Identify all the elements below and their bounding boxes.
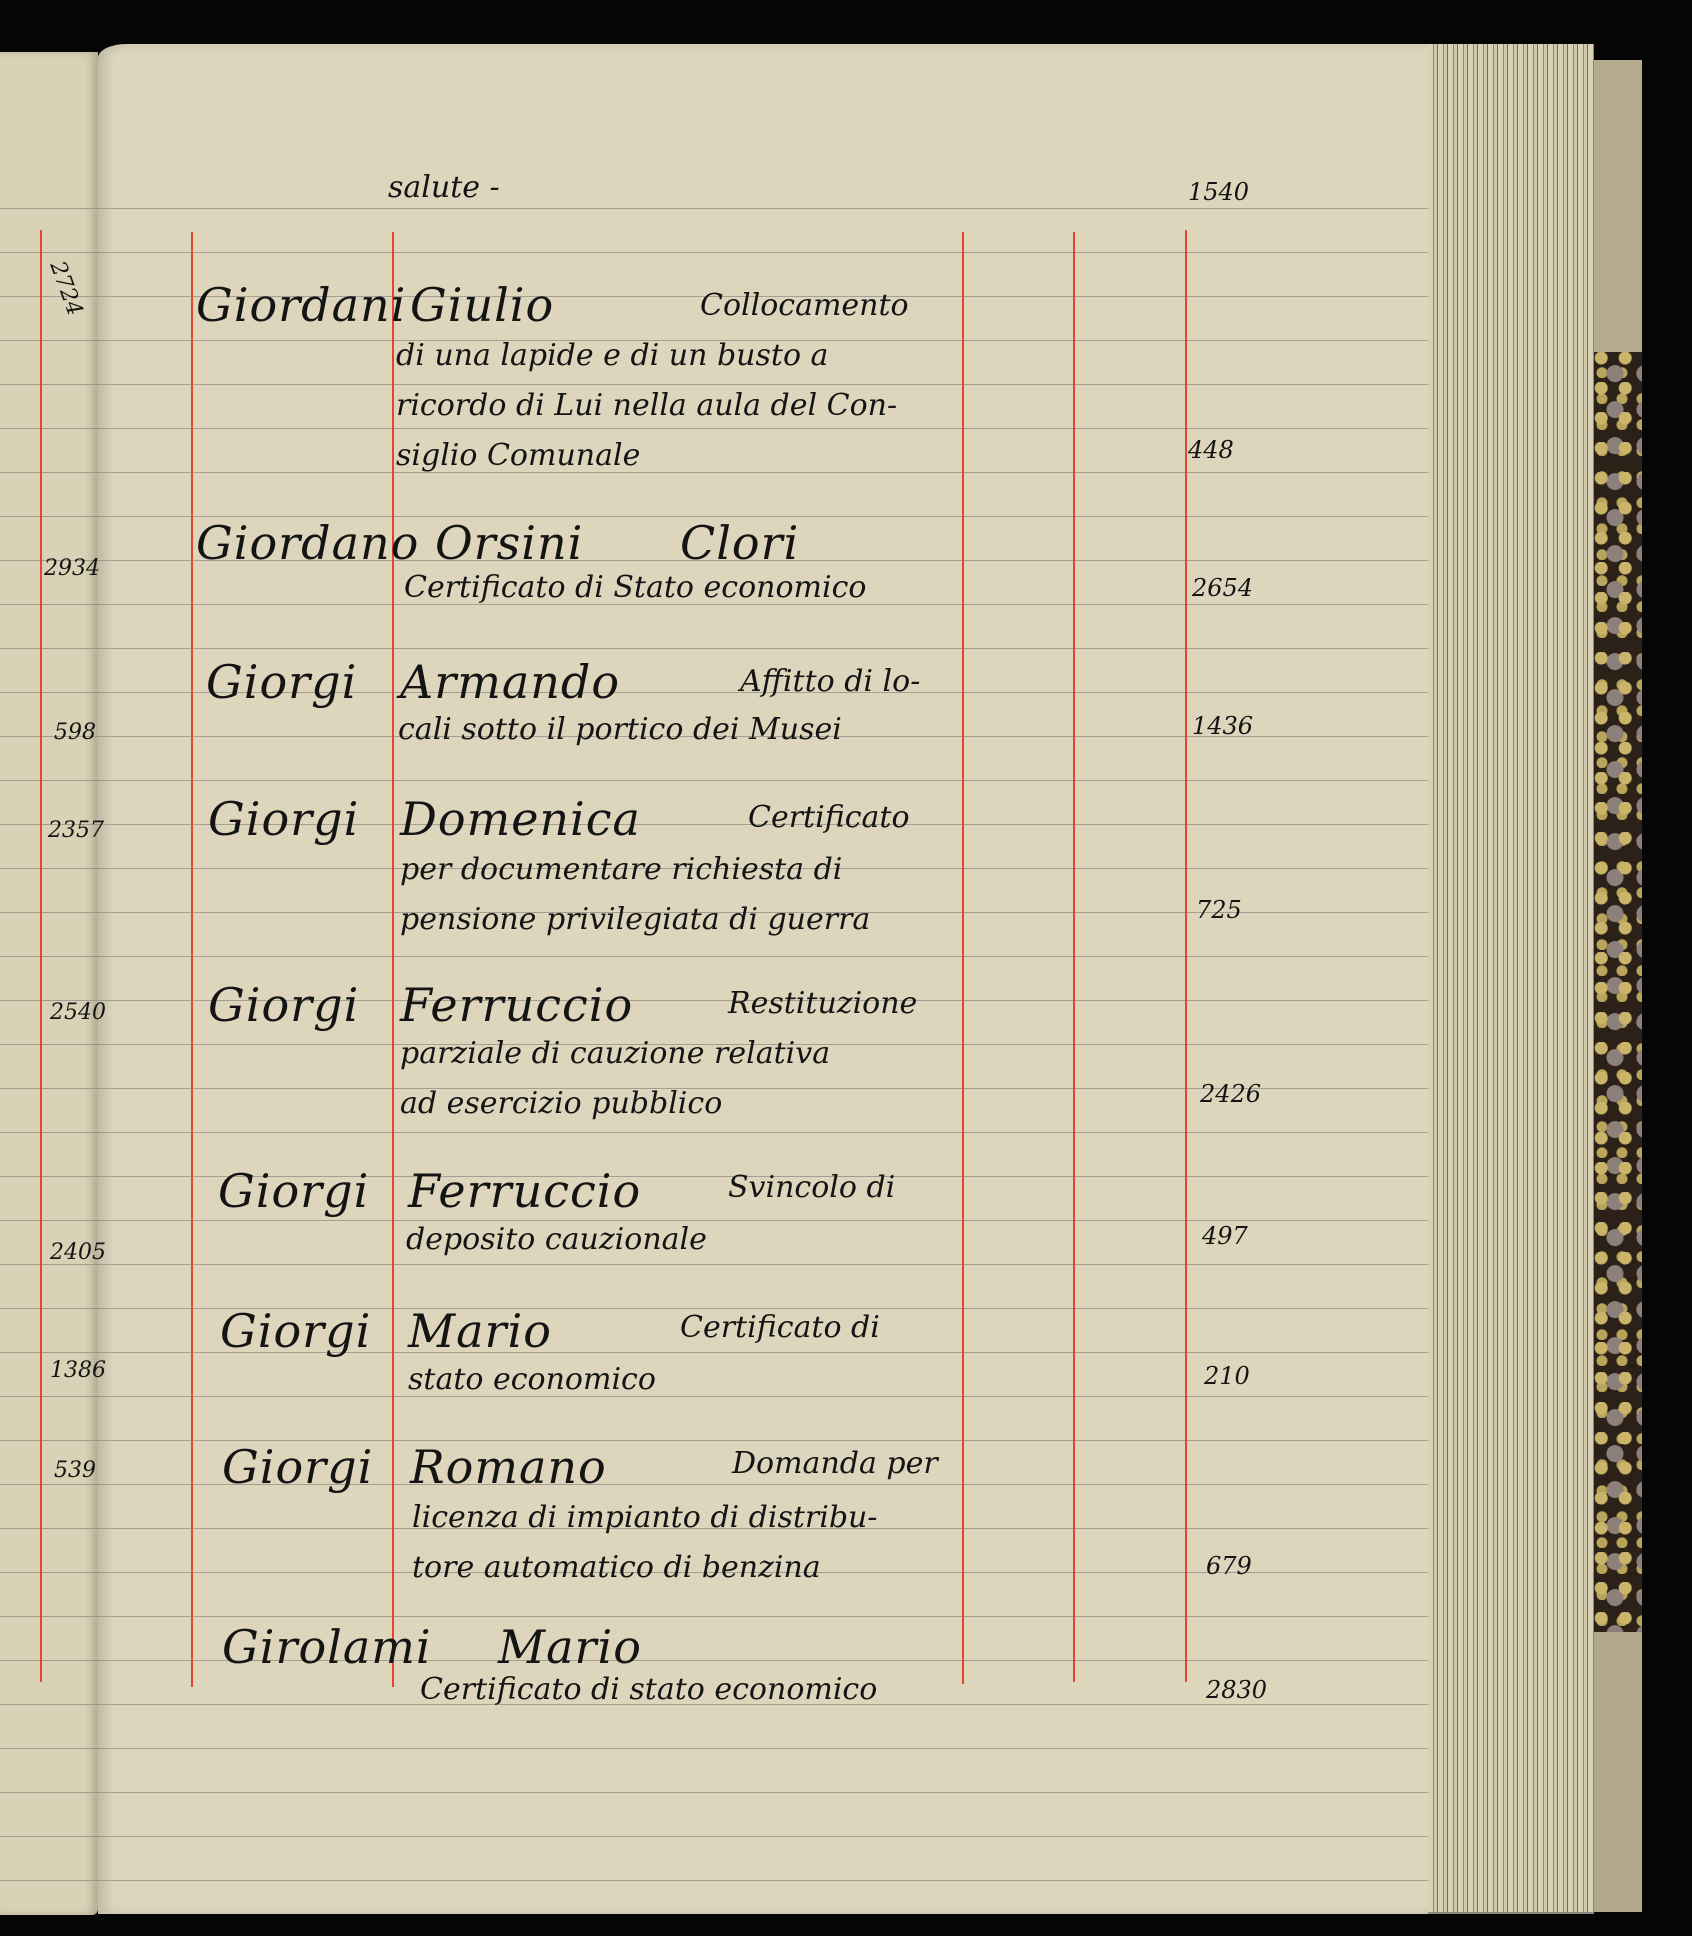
ruled-line xyxy=(0,208,1428,209)
ruled-line xyxy=(0,1352,1428,1353)
ruled-line xyxy=(0,1132,1428,1133)
entry-given-name: Mario xyxy=(408,1304,552,1358)
entry-subject-line: ricordo di Lui nella aula del Con- xyxy=(396,388,897,423)
entry-subject-line: di una lapide e di un busto a xyxy=(396,338,828,373)
left-margin-number: 2540 xyxy=(50,1000,106,1025)
entry-subject-line: stato economico xyxy=(408,1362,656,1397)
ruled-line xyxy=(0,1308,1428,1309)
continued-text: salute - xyxy=(388,170,500,205)
ruled-line xyxy=(0,1880,1428,1881)
entry-subject-line: Certificato di Stato economico xyxy=(404,570,866,605)
entry-ref-number: 1436 xyxy=(1192,712,1253,740)
ruled-line xyxy=(0,1176,1428,1177)
red-rule-col-4 xyxy=(1073,232,1075,1682)
entry-surname: Giordani xyxy=(196,278,406,332)
left-margin-number: 598 xyxy=(54,720,96,745)
ruled-line xyxy=(0,472,1428,473)
ruled-line xyxy=(0,1484,1428,1485)
entry-surname: Giorgi xyxy=(220,1304,371,1358)
entry-subject-line: Collocamento xyxy=(700,288,909,323)
left-margin-number: 2357 xyxy=(48,818,104,843)
entry-ref-number: 210 xyxy=(1204,1362,1250,1390)
left-margin-number: 539 xyxy=(54,1458,96,1483)
entry-ref-number: 448 xyxy=(1188,436,1234,464)
entry-subject-line: Affitto di lo- xyxy=(740,664,920,699)
entry-surname: Giorgi xyxy=(222,1440,373,1494)
entry-surname: Girolami xyxy=(222,1620,432,1674)
ruled-line xyxy=(0,1660,1428,1661)
page-edges-stack xyxy=(1428,44,1594,1914)
entry-ref-number: 497 xyxy=(1202,1222,1248,1250)
ruled-line xyxy=(0,780,1428,781)
entry-subject-line: tore automatico di benzina xyxy=(412,1550,821,1585)
entry-surname: Giorgi xyxy=(206,655,357,709)
ruled-line xyxy=(0,252,1428,253)
left-margin-number: 1386 xyxy=(50,1358,106,1383)
ruled-line xyxy=(0,1220,1428,1221)
entry-surname: Giorgi xyxy=(208,978,359,1032)
entry-given-name: Romano xyxy=(410,1440,607,1494)
entry-subject-line: siglio Comunale xyxy=(396,438,640,473)
ruled-line xyxy=(0,1836,1428,1837)
entry-subject-line: Svincolo di xyxy=(728,1170,895,1205)
marbled-cover xyxy=(1594,352,1642,1632)
red-rule-left-page xyxy=(40,230,42,1682)
book-cover-edge xyxy=(1594,60,1642,352)
book-cover-edge-bottom xyxy=(1594,1632,1642,1912)
entry-subject-line: deposito cauzionale xyxy=(406,1222,707,1257)
ruled-line xyxy=(0,384,1428,385)
ruled-line xyxy=(0,1616,1428,1617)
entry-surname: Giorgi xyxy=(218,1164,369,1218)
entry-given-name: Mario xyxy=(498,1620,642,1674)
entry-subject-line: licenza di impianto di distribu- xyxy=(412,1500,878,1535)
entry-subject-line: per documentare richiesta di xyxy=(400,852,842,887)
entry-subject-line: Certificato di stato economico xyxy=(420,1672,877,1707)
entry-subject-line: parziale di cauzione relativa xyxy=(400,1036,830,1071)
entry-subject-line: Restituzione xyxy=(728,986,917,1021)
entry-ref-number: 2654 xyxy=(1192,574,1253,602)
ruled-line xyxy=(0,1264,1428,1265)
entry-subject-line: ad esercizio pubblico xyxy=(400,1086,722,1121)
ruled-line xyxy=(0,1792,1428,1793)
ruled-line xyxy=(0,1396,1428,1397)
entry-subject-line: Domanda per xyxy=(732,1446,938,1481)
entry-given-name: Ferruccio xyxy=(400,978,633,1032)
left-margin-number: 2405 xyxy=(50,1240,106,1265)
ruled-line xyxy=(0,1748,1428,1749)
entry-given-name: Clori xyxy=(680,516,799,570)
entry-surname: Giorgi xyxy=(208,792,359,846)
continued-ref-number: 1540 xyxy=(1188,178,1249,206)
red-rule-col-3 xyxy=(962,232,964,1684)
red-rule-subject-column xyxy=(392,232,394,1687)
red-rule-ref-column xyxy=(1185,230,1187,1682)
red-rule-name-column xyxy=(191,232,193,1687)
entry-given-name: Armando xyxy=(400,655,620,709)
entry-ref-number: 725 xyxy=(1196,896,1242,924)
entry-given-name: Ferruccio xyxy=(408,1164,641,1218)
entry-subject-line: cali sotto il portico dei Musei xyxy=(398,712,842,747)
ruled-line xyxy=(0,956,1428,957)
left-margin-number: 2934 xyxy=(44,556,100,581)
entry-subject-line: pensione privilegiata di guerra xyxy=(400,902,870,937)
entry-ref-number: 2830 xyxy=(1206,1676,1267,1704)
ruled-line xyxy=(0,1440,1428,1441)
entry-subject-line: Certificato di xyxy=(680,1310,880,1345)
ruled-line xyxy=(0,428,1428,429)
entry-ref-number: 2426 xyxy=(1200,1080,1261,1108)
ruled-line xyxy=(0,648,1428,649)
entry-surname: Giordano Orsini xyxy=(196,516,583,570)
entry-given-name: Domenica xyxy=(400,792,641,846)
entry-ref-number: 679 xyxy=(1206,1552,1252,1580)
left-page xyxy=(0,52,98,1915)
entry-subject-line: Certificato xyxy=(748,800,910,835)
entry-given-name: Giulio xyxy=(410,278,554,332)
